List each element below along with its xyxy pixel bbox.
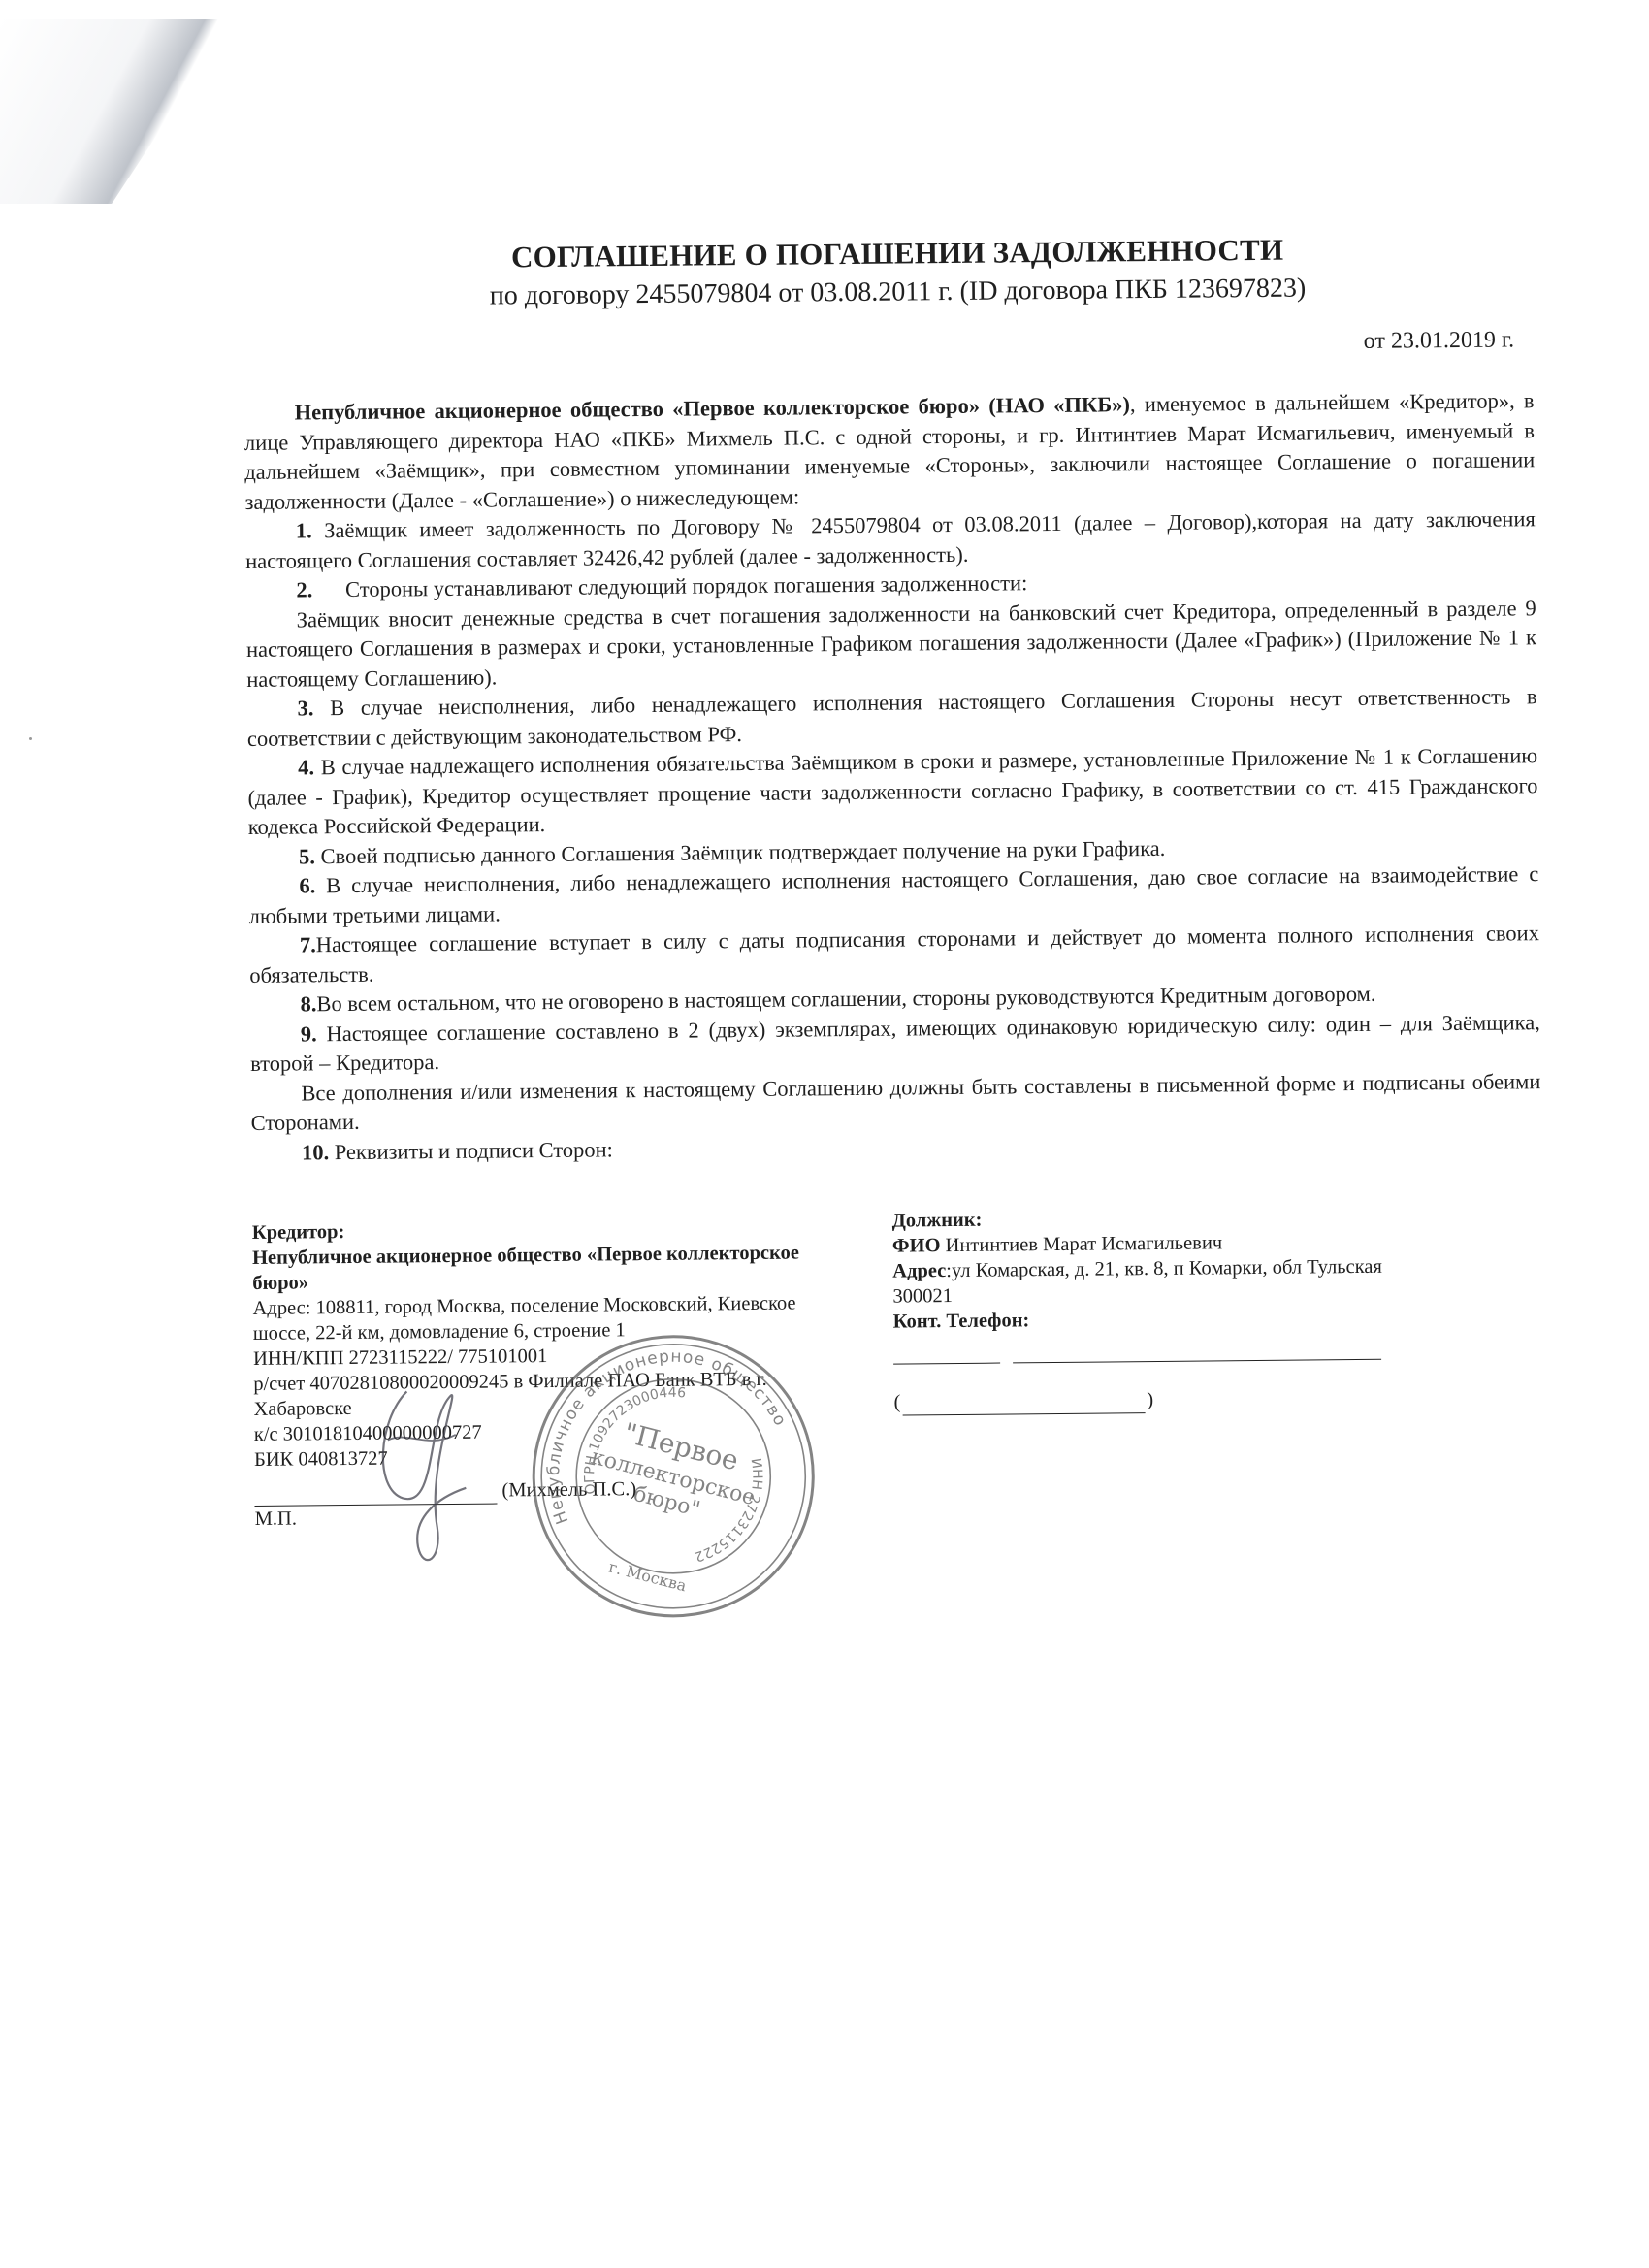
creditor-signatory: (Михмель П.С.) <box>501 1478 636 1501</box>
signature-underline <box>254 1478 497 1507</box>
clause-2-detail: Заёмщик вносит денежные средства в счет … <box>246 594 1537 695</box>
creditor-bik: БИК 040813727 <box>254 1442 836 1473</box>
document-title: СОГЛАШЕНИЕ О ПОГАШЕНИИ ЗАДОЛЖЕННОСТИ <box>262 230 1533 277</box>
debtor-phone-label: Конт. Телефон: <box>893 1305 1398 1335</box>
debtor-name-blank: ( ) <box>893 1385 1398 1416</box>
debtor-details: Должник: ФИО Интинтиев Марат Исмагильеви… <box>892 1204 1399 1416</box>
creditor-account: р/счет 40702810800020009245 в Филиале ПА… <box>253 1366 835 1422</box>
creditor-name: Непубличное акционерное общество «Первое… <box>252 1240 834 1296</box>
scan-page-fold <box>0 19 233 204</box>
preamble: Непубличное акционерное общество «Первое… <box>244 386 1536 517</box>
creditor-details: Кредитор: Непубличное акционерное общест… <box>252 1215 837 1532</box>
debtor-address: Адрес:ул Комарская, д. 21, кв. 8, п Кома… <box>892 1254 1397 1284</box>
document-page: СОГЛАШЕНИЕ О ПОГАШЕНИИ ЗАДОЛЖЕННОСТИ по … <box>242 230 1546 1628</box>
title-block: СОГЛАШЕНИЕ О ПОГАШЕНИИ ЗАДОЛЖЕННОСТИ по … <box>262 230 1534 314</box>
stamp-city: г. Москва <box>607 1557 690 1595</box>
agreement-body: Непубличное акционерное общество «Первое… <box>244 386 1542 1168</box>
signatures-section: Кредитор: Непубличное акционерное общест… <box>252 1208 1546 1628</box>
document-subtitle: по договору 2455079804 от 03.08.2011 г. … <box>262 271 1533 314</box>
debtor-signature-line <box>893 1334 1398 1365</box>
scan-speck <box>29 737 32 740</box>
document-date: от 23.01.2019 г. <box>243 327 1534 366</box>
clause-4: 4. В случае надлежащего исполнения обяза… <box>247 741 1538 842</box>
creditor-address: Адрес: 108811, город Москва, поселение М… <box>252 1290 834 1346</box>
creditor-party-name: Непубличное акционерное общество «Первое… <box>295 392 1130 424</box>
